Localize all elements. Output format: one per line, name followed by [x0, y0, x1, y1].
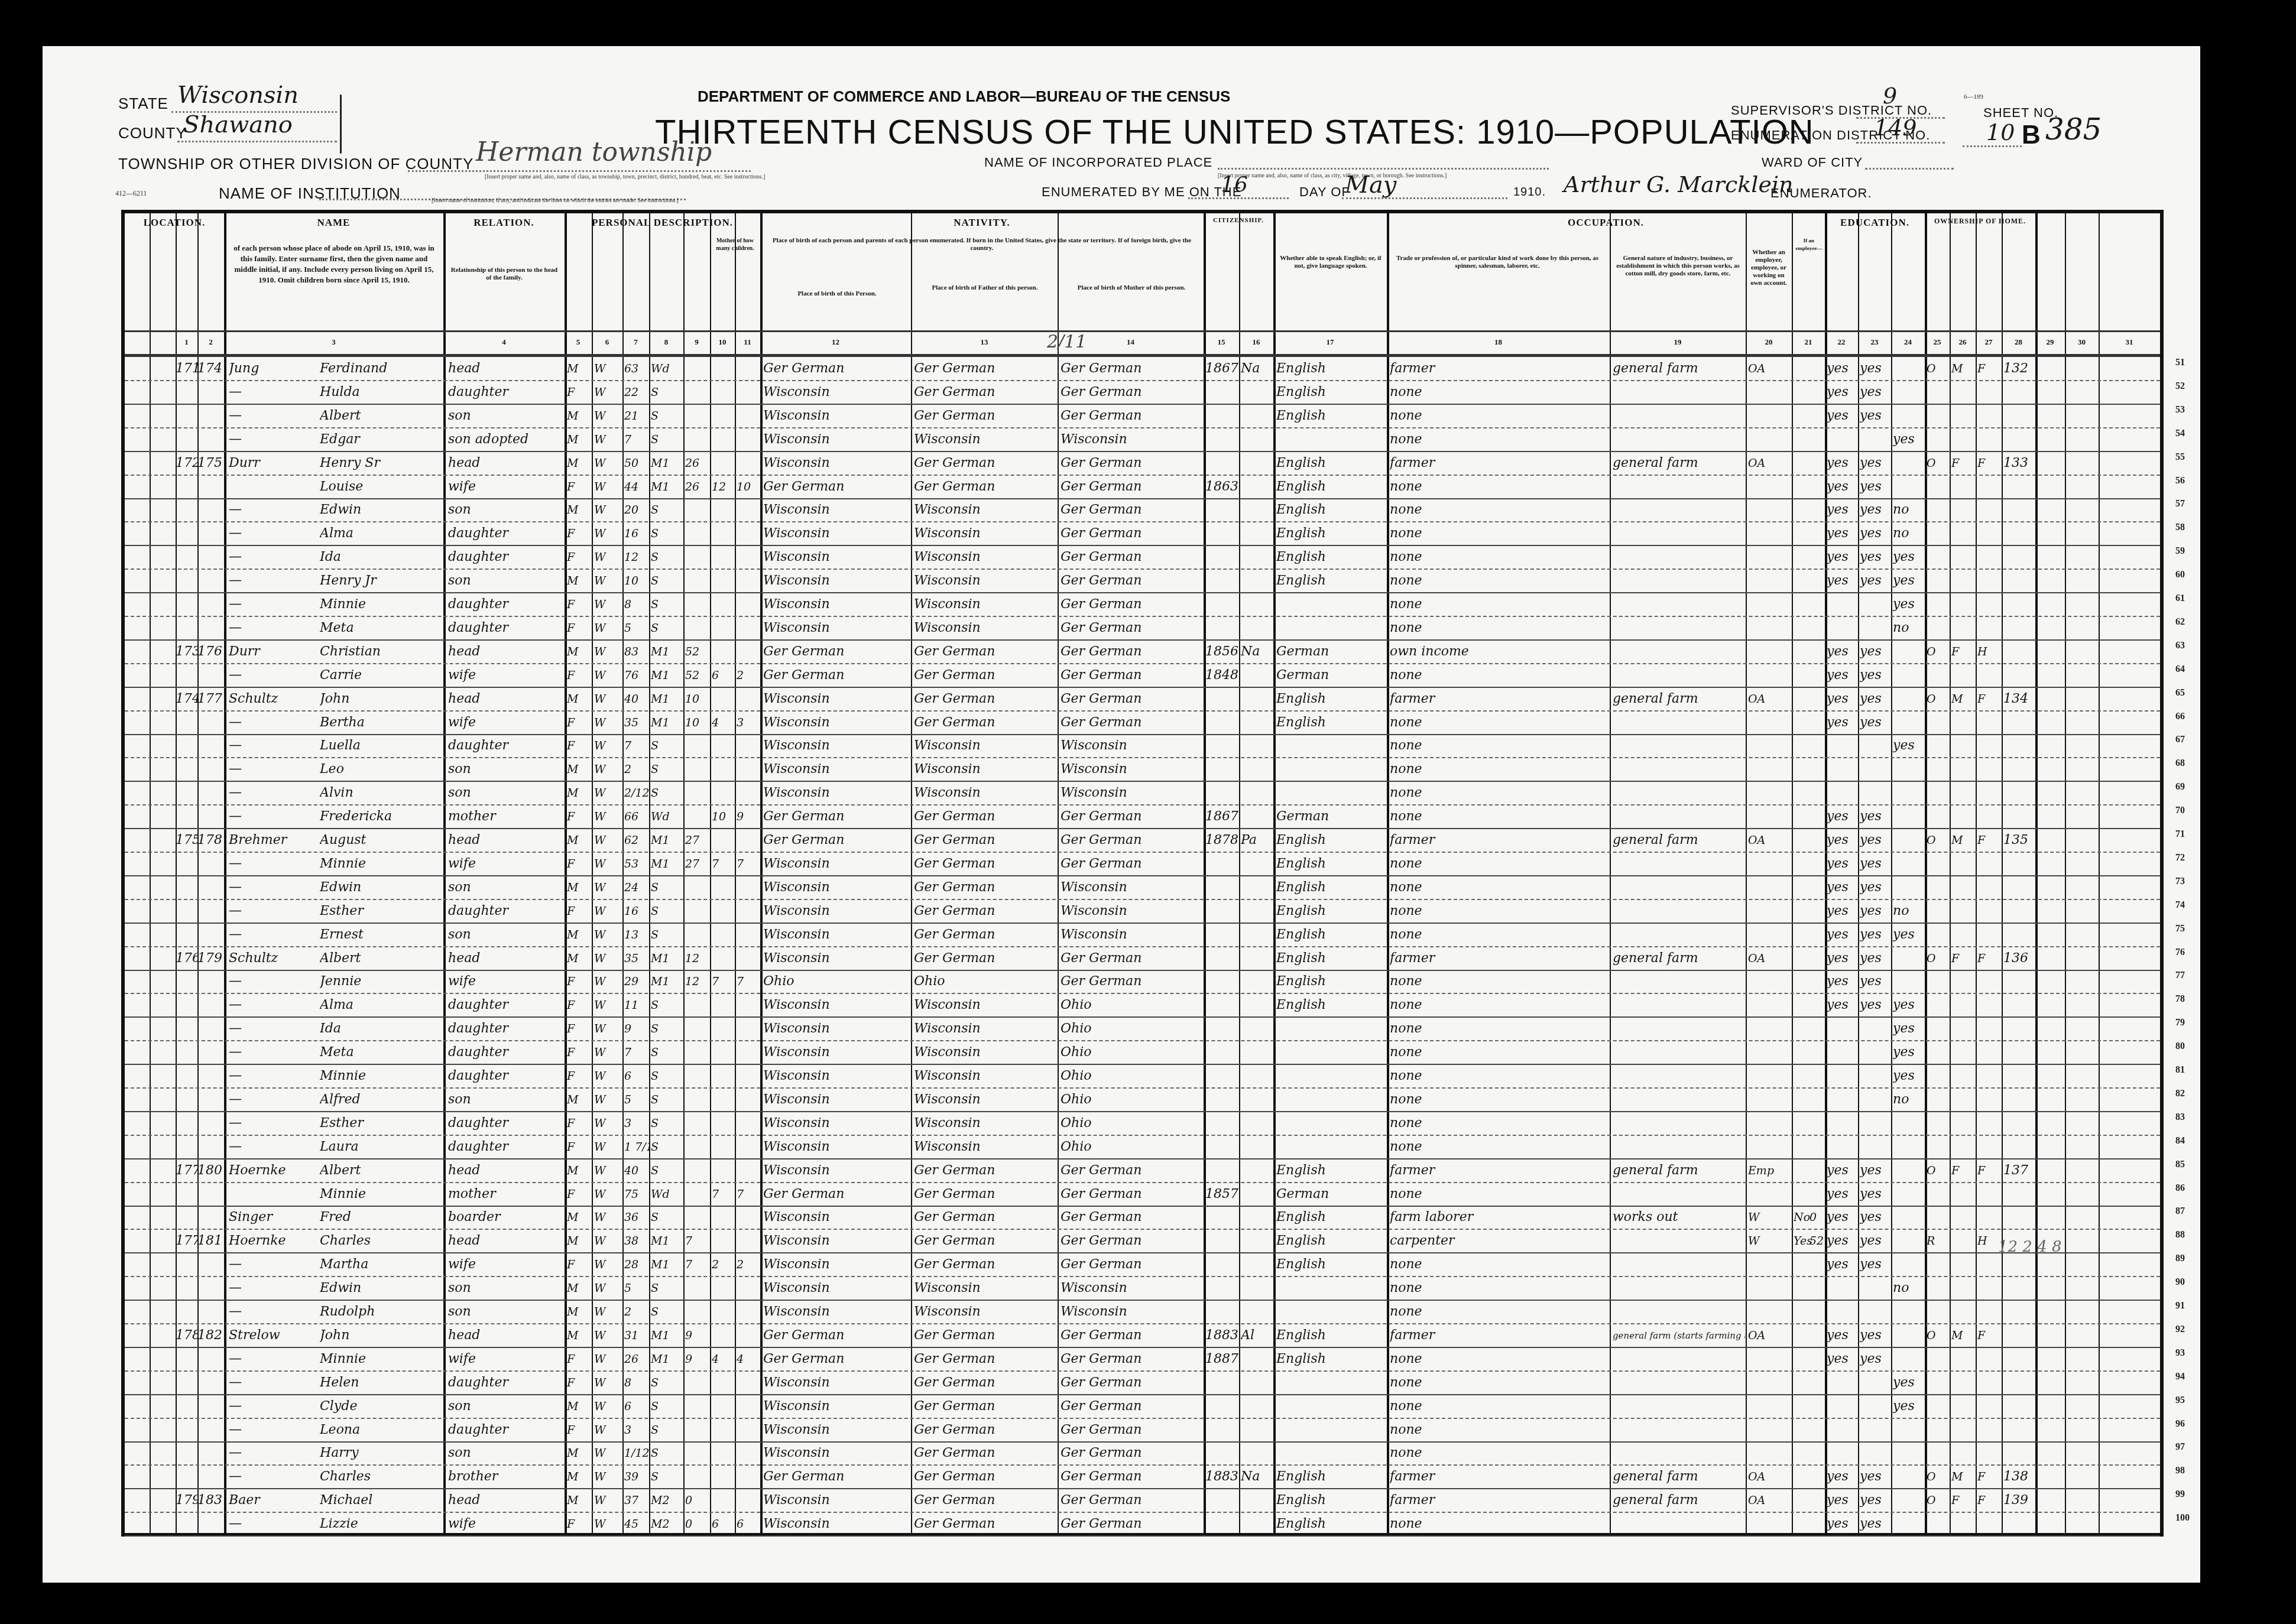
cell-sex: M: [567, 500, 591, 520]
cell-immig: [1205, 406, 1240, 426]
cell-owned: [1927, 1184, 1949, 1204]
cell-weeks: [1809, 949, 1825, 969]
cell-natur: [1241, 759, 1273, 779]
cell-sched: [2003, 595, 2034, 615]
cell-owned: [1927, 1278, 1949, 1298]
cell-industry: [1613, 524, 1745, 544]
cell-pob-mother: Ger German: [1061, 547, 1202, 567]
cell-race: W: [594, 1349, 621, 1369]
cell-marital: M1: [651, 689, 683, 709]
cell-free: M: [1951, 689, 1975, 709]
cell-free: [1951, 1420, 1975, 1440]
cell-relation: daughter: [448, 595, 563, 615]
cell-lang: English: [1276, 995, 1386, 1015]
cell-pob: Wisconsin: [763, 547, 910, 567]
cell-write: [1860, 1042, 1890, 1063]
cell-pob-father: Wisconsin: [914, 500, 1056, 520]
col-num: 11: [735, 337, 760, 347]
table-row: —HelendaughterFW8SWisconsinGer GermanGer…: [125, 1370, 2160, 1395]
cell-born: [712, 830, 734, 850]
cell-sex: F: [567, 618, 591, 638]
cell-lang: English: [1276, 500, 1386, 520]
cell-race: W: [594, 1042, 621, 1063]
cell-owned: [1927, 571, 1949, 591]
cell-lang: [1276, 1420, 1386, 1440]
cell-industry: [1613, 642, 1745, 662]
cell-surname: —: [229, 547, 317, 567]
cell-family: 183: [197, 1490, 224, 1511]
cell-immig: [1205, 783, 1240, 803]
cell-born: [712, 689, 734, 709]
cell-free: [1951, 1019, 1975, 1039]
cell-write: yes: [1860, 359, 1890, 379]
col-num: 28: [2002, 337, 2035, 347]
state-value: Wisconsin: [177, 82, 299, 109]
cell-weeks: [1809, 713, 1825, 733]
cell-born: [712, 995, 734, 1015]
cell-relation: daughter: [448, 1042, 563, 1063]
cell-natur: [1241, 713, 1273, 733]
cell-pob: Wisconsin: [763, 1207, 910, 1227]
cell-relation: head: [448, 1490, 563, 1511]
cell-lang: [1276, 1373, 1386, 1393]
cell-natur: [1241, 1184, 1273, 1204]
cell-family: [197, 901, 224, 921]
cell-dwelling: [176, 500, 197, 520]
cell-farm: [1977, 430, 2001, 450]
cell-pob-father: Ger German: [914, 878, 1056, 898]
cell-dwelling: [176, 901, 197, 921]
cell-write: yes: [1860, 382, 1890, 402]
cell-natur: [1241, 1420, 1273, 1440]
cell-industry: [1613, 547, 1745, 567]
print-code: 412—6211: [115, 189, 147, 198]
cell-marital: S: [651, 524, 683, 544]
cell-pob-mother: Ger German: [1061, 1161, 1202, 1181]
cell-relation: daughter: [448, 1137, 563, 1157]
cell-marital: S: [651, 382, 683, 402]
cell-relation: brother: [448, 1467, 563, 1487]
cell-immig: [1205, 1396, 1240, 1417]
cell-sex: M: [567, 759, 591, 779]
cell-emp: OA: [1748, 453, 1791, 473]
cell-school: [1893, 1349, 1924, 1369]
cell-trade: farm laborer: [1390, 1207, 1609, 1227]
cell-free: [1951, 783, 1975, 803]
cell-farm: [1977, 1373, 2001, 1393]
cell-write: yes: [1860, 1326, 1890, 1346]
table-row: LouisewifeFW44M1261210Ger GermanGer Germ…: [125, 475, 2160, 499]
cell-race: W: [594, 477, 621, 497]
cell-immig: [1205, 618, 1240, 638]
trade-header: Trade or profession of, or particular ki…: [1391, 255, 1604, 270]
cell-marital: S: [651, 878, 683, 898]
cell-natur: [1241, 1231, 1273, 1251]
cell-emp: [1748, 618, 1791, 638]
cell-pob-mother: Wisconsin: [1061, 1302, 1202, 1322]
cell-pob-mother: Ger German: [1061, 1231, 1202, 1251]
cell-dwelling: 179: [176, 1490, 197, 1511]
cell-marital: S: [651, 1113, 683, 1133]
cell-trade: none: [1390, 1373, 1609, 1393]
table-row: 173176DurrChristianheadMW83M152Ger Germa…: [125, 639, 2160, 664]
cell-relation: daughter: [448, 524, 563, 544]
cell-pob-mother: Ger German: [1061, 618, 1202, 638]
cell-farm: [1977, 406, 2001, 426]
cell-given: Ida: [320, 1019, 441, 1039]
cell-age: 8: [624, 595, 649, 615]
cell-pob: Wisconsin: [763, 430, 910, 450]
cell-natur: [1241, 878, 1273, 898]
cell-owned: [1927, 925, 1949, 945]
cell-owned: [1927, 595, 1949, 615]
cell-race: W: [594, 618, 621, 638]
cell-pob-mother: Ohio: [1061, 1113, 1202, 1133]
cell-read: yes: [1827, 382, 1857, 402]
binder-hole: [2220, 833, 2240, 853]
cell-age: 6: [624, 1396, 649, 1417]
cell-school: [1893, 665, 1924, 686]
cell-living: [737, 571, 760, 591]
cell-born: [712, 736, 734, 756]
cell-pob-father: Ger German: [914, 359, 1056, 379]
cell-free: [1951, 1042, 1975, 1063]
cell-sex: M: [567, 925, 591, 945]
col-num: 22: [1825, 337, 1858, 347]
cell-surname: —: [229, 571, 317, 591]
cell-years: 52: [685, 642, 710, 662]
cell-sex: F: [567, 1042, 591, 1063]
cell-industry: [1613, 1019, 1745, 1039]
cell-sched: [2003, 1443, 2034, 1463]
cell-sched: [2003, 1514, 2034, 1534]
cell-farm: F: [1977, 453, 2001, 473]
cell-sex: M: [567, 359, 591, 379]
cell-write: [1860, 1019, 1890, 1039]
cell-family: [197, 547, 224, 567]
cell-years: [685, 430, 710, 450]
cell-given: Albert: [320, 949, 441, 969]
cell-weeks: [1809, 382, 1825, 402]
cell-natur: [1241, 1042, 1273, 1063]
cell-relation: son: [448, 1443, 563, 1463]
cell-owned: [1927, 1019, 1949, 1039]
cell-free: [1951, 1302, 1975, 1322]
cell-relation: mother: [448, 807, 563, 827]
employer-header: Whether an employer, employee, or workin…: [1748, 249, 1789, 287]
cell-pob-father: Wisconsin: [914, 783, 1056, 803]
cell-pob-father: Wisconsin: [914, 524, 1056, 544]
cell-given: John: [320, 689, 441, 709]
cell-relation: wife: [448, 477, 563, 497]
cell-marital: S: [651, 595, 683, 615]
cell-family: [197, 1184, 224, 1204]
cell-natur: [1241, 524, 1273, 544]
cell-years: [685, 1137, 710, 1157]
cell-years: [685, 1373, 710, 1393]
table-row: —AlbertsonMW21SWisconsinGer GermanGer Ge…: [125, 404, 2160, 428]
cell-free: [1951, 1137, 1975, 1157]
line-number: 78: [2175, 994, 2185, 1005]
cell-years: 26: [685, 477, 710, 497]
cell-age: 12: [624, 547, 649, 567]
cell-free: [1951, 1255, 1975, 1275]
cell-owned: O: [1927, 453, 1949, 473]
cell-dwelling: [176, 1514, 197, 1534]
cell-read: [1827, 618, 1857, 638]
line-number: 53: [2175, 405, 2185, 415]
cell-dwelling: [176, 1042, 197, 1063]
nativity-instructions: Place of birth of each person and parent…: [766, 237, 1198, 252]
cell-owned: [1927, 1255, 1949, 1275]
cell-marital: S: [651, 571, 683, 591]
cell-industry: [1613, 1113, 1745, 1133]
cell-natur: [1241, 689, 1273, 709]
cell-age: 2: [624, 1302, 649, 1322]
cell-read: yes: [1827, 689, 1857, 709]
cell-age: 36: [624, 1207, 649, 1227]
cell-read: [1827, 783, 1857, 803]
cell-marital: S: [651, 547, 683, 567]
cell-race: W: [594, 807, 621, 827]
cell-industry: [1613, 665, 1745, 686]
cell-race: W: [594, 925, 621, 945]
cell-owned: [1927, 1396, 1949, 1417]
cell-surname: —: [229, 1113, 317, 1133]
cell-read: yes: [1827, 571, 1857, 591]
cell-lang: [1276, 736, 1386, 756]
cell-sex: F: [567, 1349, 591, 1369]
line-number: 55: [2175, 452, 2185, 463]
cell-pob-father: Wisconsin: [914, 1137, 1056, 1157]
cell-race: W: [594, 1326, 621, 1346]
cell-age: 28: [624, 1255, 649, 1275]
col-num: 29: [2035, 337, 2065, 347]
cell-industry: [1613, 382, 1745, 402]
cell-sched: [2003, 807, 2034, 827]
cell-family: [197, 736, 224, 756]
cell-living: [737, 1467, 760, 1487]
cell-surname: —: [229, 1066, 317, 1086]
cell-weeks: [1809, 995, 1825, 1015]
cell-family: [197, 1302, 224, 1322]
cell-farm: [1977, 524, 2001, 544]
col-num: 6: [592, 337, 622, 347]
cell-years: [685, 1278, 710, 1298]
cell-dwelling: [176, 382, 197, 402]
cell-immig: [1205, 972, 1240, 992]
enumerated-day: 16: [1221, 173, 1248, 197]
cell-dwelling: [176, 595, 197, 615]
cell-pob-mother: Ger German: [1061, 1514, 1202, 1534]
cell-weeks: [1809, 1137, 1825, 1157]
cell-school: [1893, 949, 1924, 969]
table-row: —LeosonMW2SWisconsinWisconsinWisconsinno…: [125, 757, 2160, 782]
cell-living: [737, 1302, 760, 1322]
cell-born: [712, 1161, 734, 1181]
cell-free: [1951, 1090, 1975, 1110]
cell-living: [737, 878, 760, 898]
table-row: —MinniewifeFW26M1944Ger GermanGer German…: [125, 1347, 2160, 1372]
cell-emp: [1748, 925, 1791, 945]
cell-given: John: [320, 1326, 441, 1346]
cell-born: [712, 1066, 734, 1086]
cell-born: [712, 618, 734, 638]
incorporated-place-underline: [1218, 168, 1549, 170]
cell-owned: [1927, 382, 1949, 402]
cell-sched: [2003, 1420, 2034, 1440]
cell-born: 7: [712, 972, 734, 992]
col-num: 10: [710, 337, 735, 347]
cell-lang: English: [1276, 1207, 1386, 1227]
cell-pob: Wisconsin: [763, 406, 910, 426]
cell-pob-mother: Ger German: [1061, 1207, 1202, 1227]
cell-pob-mother: Ohio: [1061, 1019, 1202, 1039]
cell-living: [737, 642, 760, 662]
cell-free: [1951, 430, 1975, 450]
cell-pob-father: Wisconsin: [914, 595, 1056, 615]
cell-industry: [1613, 1137, 1745, 1157]
cell-sex: F: [567, 1113, 591, 1133]
cell-pob-father: Wisconsin: [914, 1066, 1056, 1086]
cell-sched: [2003, 1090, 2034, 1110]
cell-natur: [1241, 1207, 1273, 1227]
cell-write: yes: [1860, 972, 1890, 992]
cell-pob: Wisconsin: [763, 1420, 910, 1440]
cell-emp: [1748, 547, 1791, 567]
cell-living: 2: [737, 1255, 760, 1275]
cell-read: yes: [1827, 949, 1857, 969]
sheet-underline: [1963, 145, 2022, 147]
cell-write: [1860, 1443, 1890, 1463]
cell-write: [1860, 759, 1890, 779]
cell-given: Minnie: [320, 854, 441, 874]
cell-pob: Wisconsin: [763, 1113, 910, 1133]
cell-born: [712, 382, 734, 402]
cell-owned: R: [1927, 1231, 1949, 1251]
cell-immig: [1205, 382, 1240, 402]
table-row: —IdadaughterFW12SWisconsinWisconsinGer G…: [125, 545, 2160, 570]
cell-years: [685, 759, 710, 779]
col-num: 16: [1239, 337, 1273, 347]
cell-immig: [1205, 524, 1240, 544]
cell-born: 12: [712, 477, 734, 497]
cell-pob-mother: Ohio: [1061, 1137, 1202, 1157]
cell-living: [737, 1137, 760, 1157]
cell-born: 4: [712, 713, 734, 733]
cell-race: W: [594, 878, 621, 898]
cell-years: 27: [685, 854, 710, 874]
cell-living: [737, 1066, 760, 1086]
line-number: 98: [2175, 1466, 2185, 1476]
cell-age: 50: [624, 453, 649, 473]
col-num: 21: [1792, 337, 1825, 347]
cell-relation: boarder: [448, 1207, 563, 1227]
cell-years: 7: [685, 1255, 710, 1275]
cell-age: 40: [624, 1161, 649, 1181]
cell-family: [197, 1278, 224, 1298]
cell-sex: F: [567, 477, 591, 497]
cell-free: [1951, 477, 1975, 497]
cell-school: [1893, 1161, 1924, 1181]
cell-read: yes: [1827, 524, 1857, 544]
cell-natur: [1241, 595, 1273, 615]
cell-born: [712, 1207, 734, 1227]
cell-relation: head: [448, 830, 563, 850]
group-citizenship: CITIZENSHIP.: [1204, 217, 1273, 224]
cell-surname: [229, 1184, 317, 1204]
cell-born: [712, 524, 734, 544]
line-number: 93: [2175, 1348, 2185, 1359]
cell-industry: [1613, 618, 1745, 638]
cell-family: [197, 854, 224, 874]
cell-farm: [1977, 547, 2001, 567]
cell-school: [1893, 1326, 1924, 1346]
cell-dwelling: [176, 1349, 197, 1369]
cell-free: [1951, 1349, 1975, 1369]
cell-natur: [1241, 1161, 1273, 1181]
cell-marital: S: [651, 901, 683, 921]
cell-dwelling: [176, 1184, 197, 1204]
cell-free: [1951, 1066, 1975, 1086]
table-row: —AlmadaughterFW16SWisconsinWisconsinGer …: [125, 521, 2160, 546]
cell-years: [685, 547, 710, 567]
cell-school: [1893, 359, 1924, 379]
cell-read: yes: [1827, 1514, 1857, 1534]
cell-years: [685, 382, 710, 402]
cell-relation: wife: [448, 713, 563, 733]
line-number: 90: [2175, 1277, 2185, 1288]
cell-living: [737, 595, 760, 615]
cell-free: M: [1951, 830, 1975, 850]
cell-dwelling: [176, 1090, 197, 1110]
line-number: 80: [2175, 1041, 2185, 1052]
cell-weeks: [1809, 665, 1825, 686]
cell-sched: [2003, 736, 2034, 756]
col-num: 17: [1273, 337, 1387, 347]
cell-marital: S: [651, 1302, 683, 1322]
cell-race: W: [594, 949, 621, 969]
cell-trade: farmer: [1390, 359, 1609, 379]
cell-race: W: [594, 571, 621, 591]
cell-dwelling: [176, 406, 197, 426]
cell-pob: Wisconsin: [763, 759, 910, 779]
cell-years: [685, 524, 710, 544]
cell-pob-father: Ger German: [914, 1373, 1056, 1393]
cell-industry: [1613, 901, 1745, 921]
cell-write: [1860, 1420, 1890, 1440]
cell-immig: 1856: [1205, 642, 1240, 662]
col-num: 20: [1746, 337, 1792, 347]
cell-trade: none: [1390, 1042, 1609, 1063]
cell-dwelling: 174: [176, 689, 197, 709]
cell-owned: [1927, 618, 1949, 638]
cell-owned: O: [1927, 689, 1949, 709]
cell-farm: [1977, 1420, 2001, 1440]
cell-lang: English: [1276, 1231, 1386, 1251]
cell-immig: 1883: [1205, 1326, 1240, 1346]
cell-lang: English: [1276, 972, 1386, 992]
cell-surname: —: [229, 854, 317, 874]
cell-surname: —: [229, 1042, 317, 1063]
col-num: 4: [443, 337, 565, 347]
cell-years: [685, 571, 710, 591]
cell-family: [197, 1137, 224, 1157]
cell-sex: M: [567, 1326, 591, 1346]
cell-pob-mother: Ger German: [1061, 359, 1202, 379]
cell-write: yes: [1860, 547, 1890, 567]
cell-free: [1951, 878, 1975, 898]
